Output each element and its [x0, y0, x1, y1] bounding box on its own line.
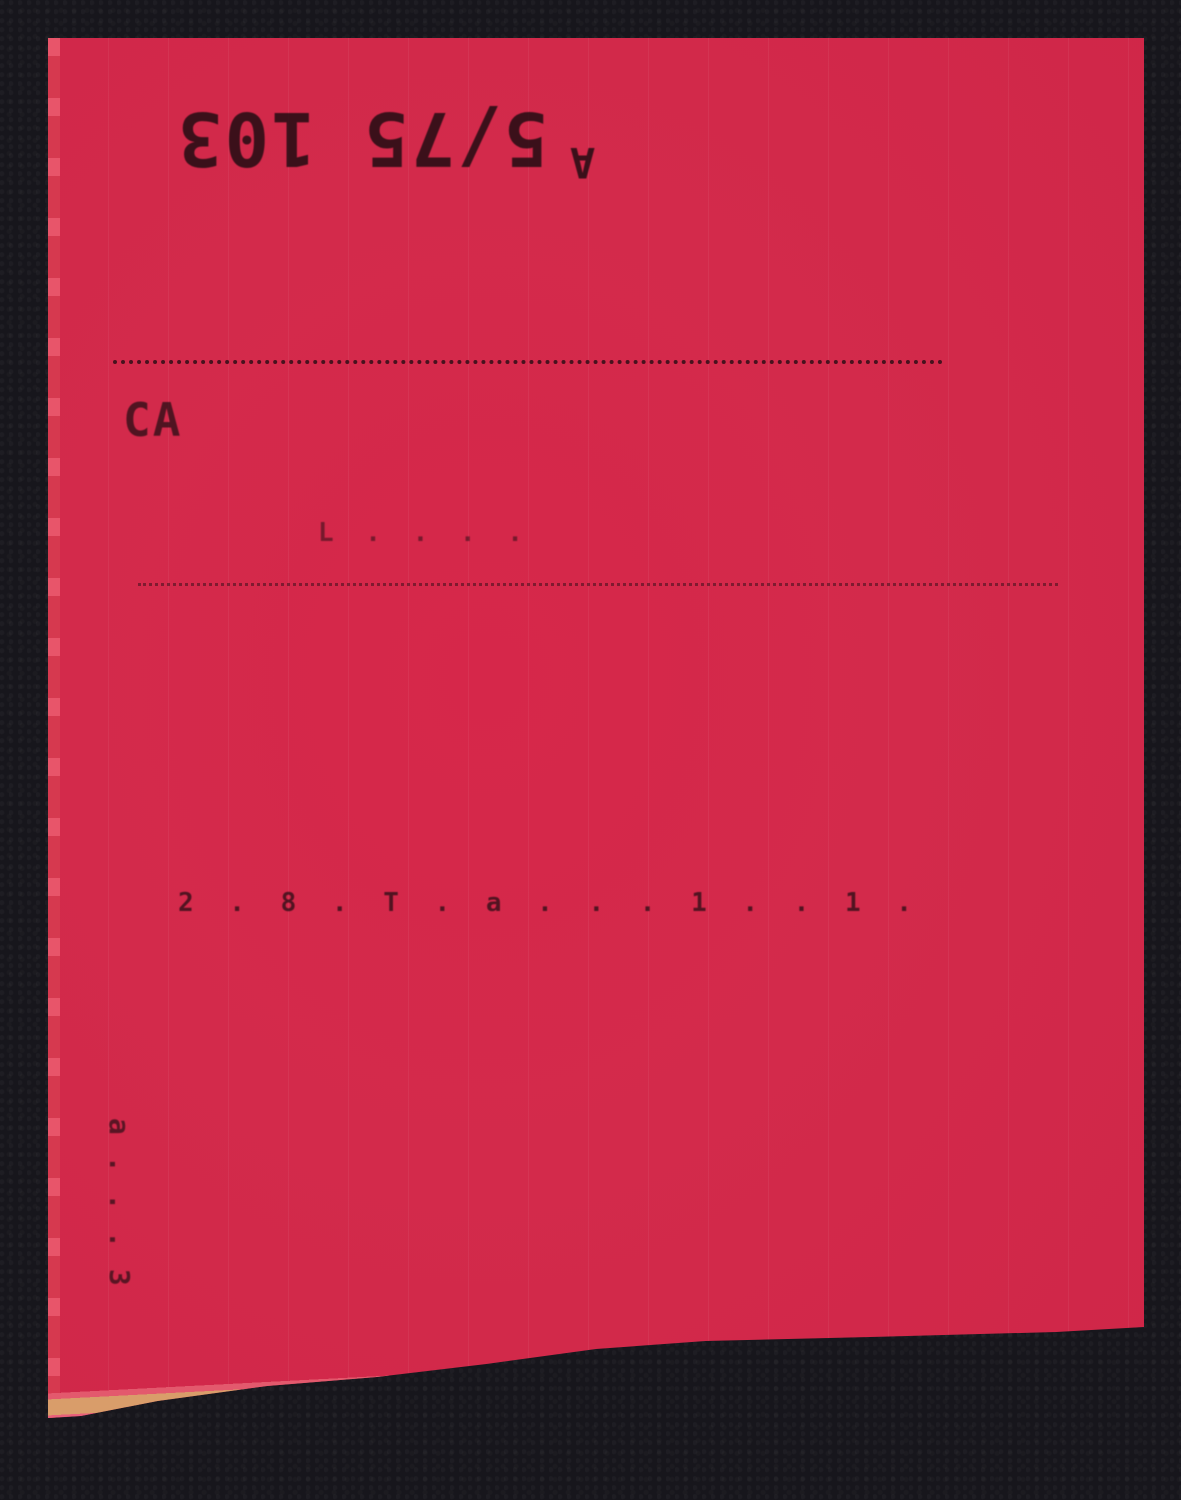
- perforated-left-edge: [48, 38, 60, 1458]
- dotted-rule: [113, 360, 943, 364]
- ticket-faded-mark-mid: L . . . .: [318, 518, 531, 548]
- ticket-header-mark: A: [568, 138, 595, 187]
- red-ticket-stub: 5/75 103 A CA L . . . . 2 . 8 . T . a . …: [48, 38, 1144, 1458]
- ticket-faded-mark-ca: CA: [123, 393, 182, 447]
- ticket-header-number: 5/75 103: [176, 98, 548, 178]
- ticket-side-print: a . . . 3: [103, 1118, 136, 1288]
- dotted-rule-lower: [138, 583, 1058, 586]
- ticket-faded-print-row: 2 . 8 . T . a . . . 1 . . 1 .: [178, 888, 922, 918]
